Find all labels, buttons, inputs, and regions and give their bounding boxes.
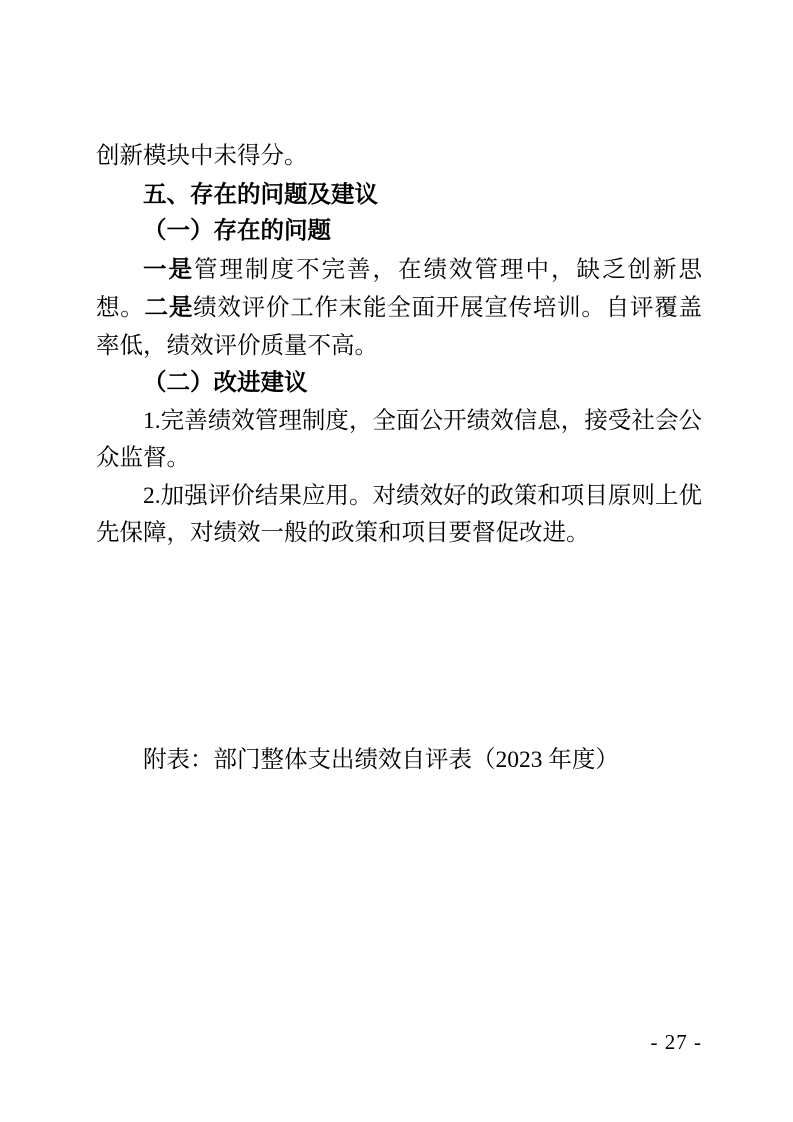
page-number: - 27 - bbox=[651, 1030, 703, 1055]
subheading-suggestions: （二）改进建议 bbox=[96, 365, 702, 403]
appendix-note: 附表：部门整体支出绩效自评表（2023 年度） bbox=[96, 742, 702, 780]
paragraph-continuation: 创新模块中未得分。 bbox=[96, 138, 702, 176]
document-body: 创新模块中未得分。 五、存在的问题及建议 （一）存在的问题 一是管理制度不完善，… bbox=[96, 138, 702, 779]
paragraph-problems: 一是管理制度不完善，在绩效管理中，缺乏创新思想。二是绩效评价工作末能全面开展宣传… bbox=[96, 251, 702, 366]
bold-run-first: 一是 bbox=[143, 256, 194, 282]
document-page: 创新模块中未得分。 五、存在的问题及建议 （一）存在的问题 一是管理制度不完善，… bbox=[0, 0, 793, 1122]
paragraph-suggestion-1: 1.完善绩效管理制度，全面公开绩效信息，接受社会公众监督。 bbox=[96, 403, 702, 478]
subheading-problems: （一）存在的问题 bbox=[96, 213, 702, 251]
section-heading: 五、存在的问题及建议 bbox=[96, 176, 702, 214]
paragraph-suggestion-2: 2.加强评价结果应用。对绩效好的政策和项目原则上优先保障，对绩效一般的政策和项目… bbox=[96, 478, 702, 553]
bold-run-second: 二是 bbox=[145, 294, 194, 320]
